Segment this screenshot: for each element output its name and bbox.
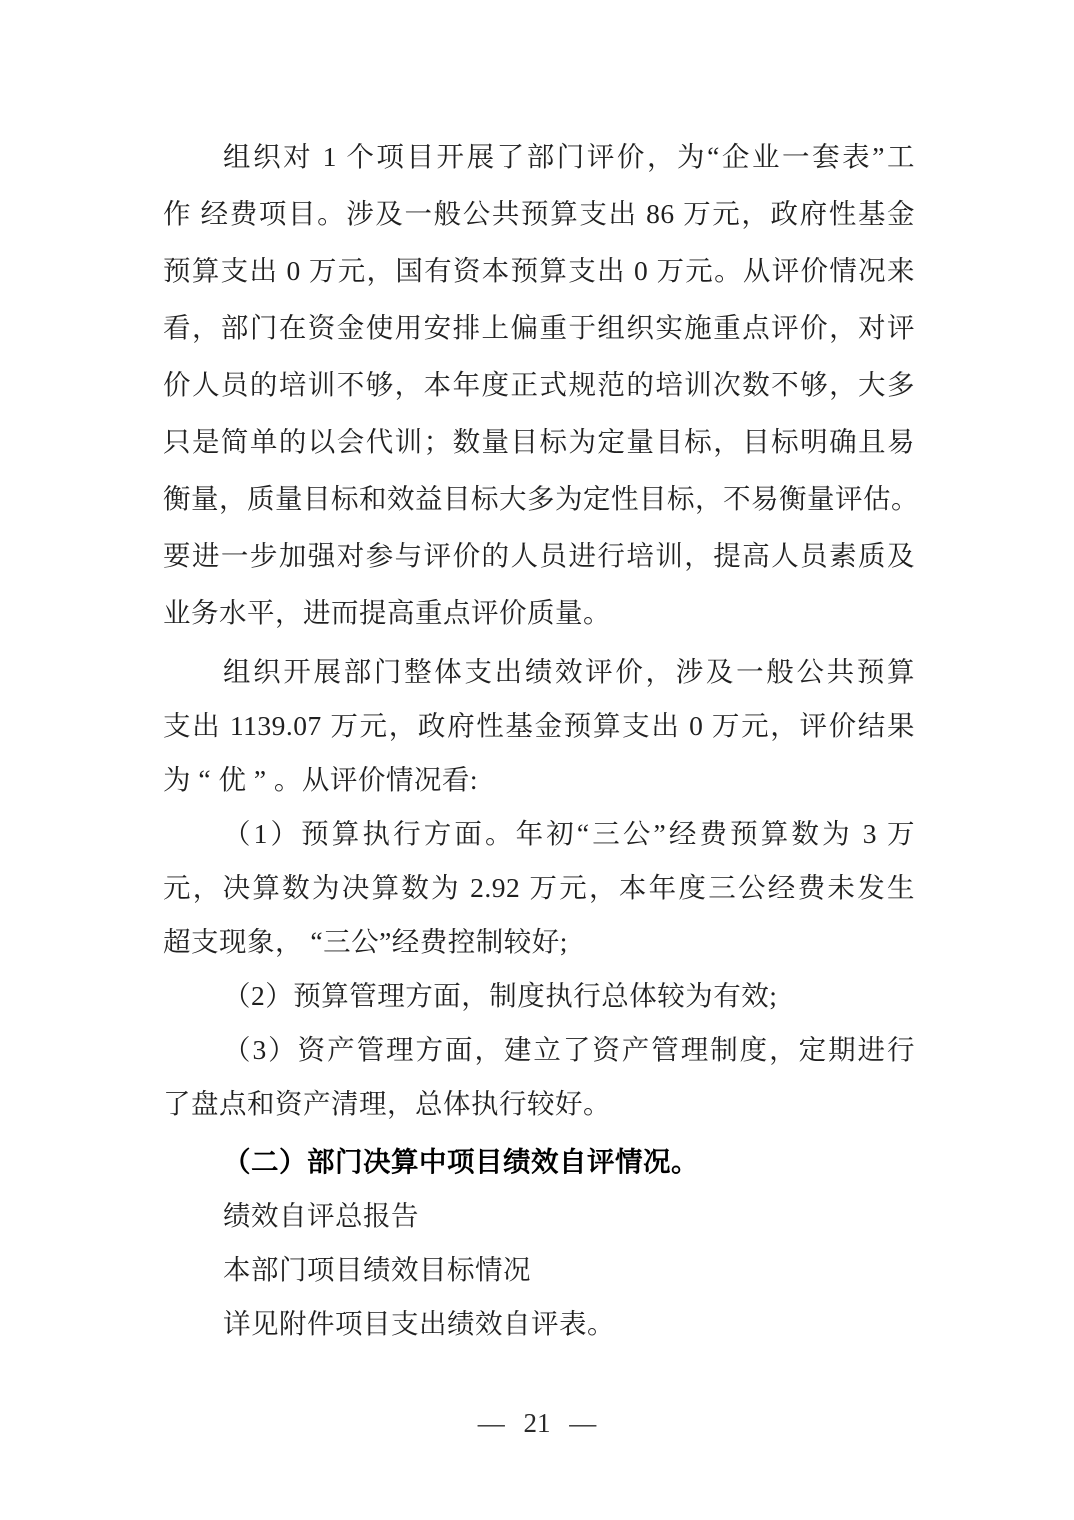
- paragraph-see-attachment: 详见附件项目支出绩效自评表。: [163, 1297, 915, 1351]
- text-line: 看，部门在资金使用安排上偏重于组织实施重点评价，对评: [163, 299, 915, 356]
- paragraph-item-1-budget-execution: （1）预算执行方面。年初“三公”经费预算数为 3 万元，决算数为决算数为 2.9…: [163, 807, 915, 969]
- text-line: 为 “ 优 ” 。从评价情况看:: [163, 753, 915, 807]
- text-line: （二）部门决算中项目绩效自评情况。: [163, 1135, 915, 1189]
- paragraph-department-project-evaluation: 组织对 1 个项目开展了部门评价，为“企业一套表”工作 经费项目。涉及一般公共预…: [163, 128, 915, 641]
- document-body: 组织对 1 个项目开展了部门评价，为“企业一套表”工作 经费项目。涉及一般公共预…: [163, 128, 915, 1351]
- text-line: 组织开展部门整体支出绩效评价，涉及一般公共预算: [163, 645, 915, 699]
- heading-section-2-self-evaluation: （二）部门决算中项目绩效自评情况。: [163, 1135, 915, 1189]
- text-line: 支出 1139.07 万元，政府性基金预算支出 0 万元，评价结果: [163, 699, 915, 753]
- text-line: 详见附件项目支出绩效自评表。: [163, 1297, 915, 1351]
- text-line: 价人员的培训不够，本年度正式规范的培训次数不够，大多: [163, 356, 915, 413]
- paragraph-item-2-budget-management: （2）预算管理方面，制度执行总体较为有效;: [163, 969, 915, 1023]
- text-line: 作 经费项目。涉及一般公共预算支出 86 万元，政府性基金: [163, 185, 915, 242]
- page-number: — 21 —: [478, 1408, 597, 1438]
- text-line: 要进一步加强对参与评价的人员进行培训，提高人员素质及: [163, 527, 915, 584]
- text-line: 组织对 1 个项目开展了部门评价，为“企业一套表”工: [163, 128, 915, 185]
- text-line: 只是简单的以会代训；数量目标为定量目标，目标明确且易: [163, 413, 915, 470]
- text-line: （2）预算管理方面，制度执行总体较为有效;: [163, 969, 915, 1023]
- text-line: 超支现象， “三公”经费控制较好;: [163, 915, 915, 969]
- page-footer: — 21 —: [0, 1403, 1074, 1443]
- text-line: 业务水平，进而提高重点评价质量。: [163, 584, 915, 641]
- text-line: （3）资产管理方面，建立了资产管理制度，定期进行: [163, 1023, 915, 1077]
- text-line: 预算支出 0 万元，国有资本预算支出 0 万元。从评价情况来: [163, 242, 915, 299]
- text-line: 本部门项目绩效目标情况: [163, 1243, 915, 1297]
- paragraph-department-project-targets: 本部门项目绩效目标情况: [163, 1243, 915, 1297]
- text-line: 了盘点和资产清理，总体执行较好。: [163, 1077, 915, 1131]
- paragraph-item-3-asset-management: （3）资产管理方面，建立了资产管理制度，定期进行了盘点和资产清理，总体执行较好。: [163, 1023, 915, 1131]
- text-line: 元，决算数为决算数为 2.92 万元，本年度三公经费未发生: [163, 861, 915, 915]
- text-line: （1）预算执行方面。年初“三公”经费预算数为 3 万: [163, 807, 915, 861]
- text-line: 衡量，质量目标和效益目标大多为定性目标，不易衡量评估。: [163, 470, 915, 527]
- paragraph-overall-expenditure-evaluation: 组织开展部门整体支出绩效评价，涉及一般公共预算支出 1139.07 万元，政府性…: [163, 645, 915, 807]
- paragraph-self-evaluation-report: 绩效自评总报告: [163, 1189, 915, 1243]
- text-line: 绩效自评总报告: [163, 1189, 915, 1243]
- document-page: 组织对 1 个项目开展了部门评价，为“企业一套表”工作 经费项目。涉及一般公共预…: [0, 0, 1074, 1520]
